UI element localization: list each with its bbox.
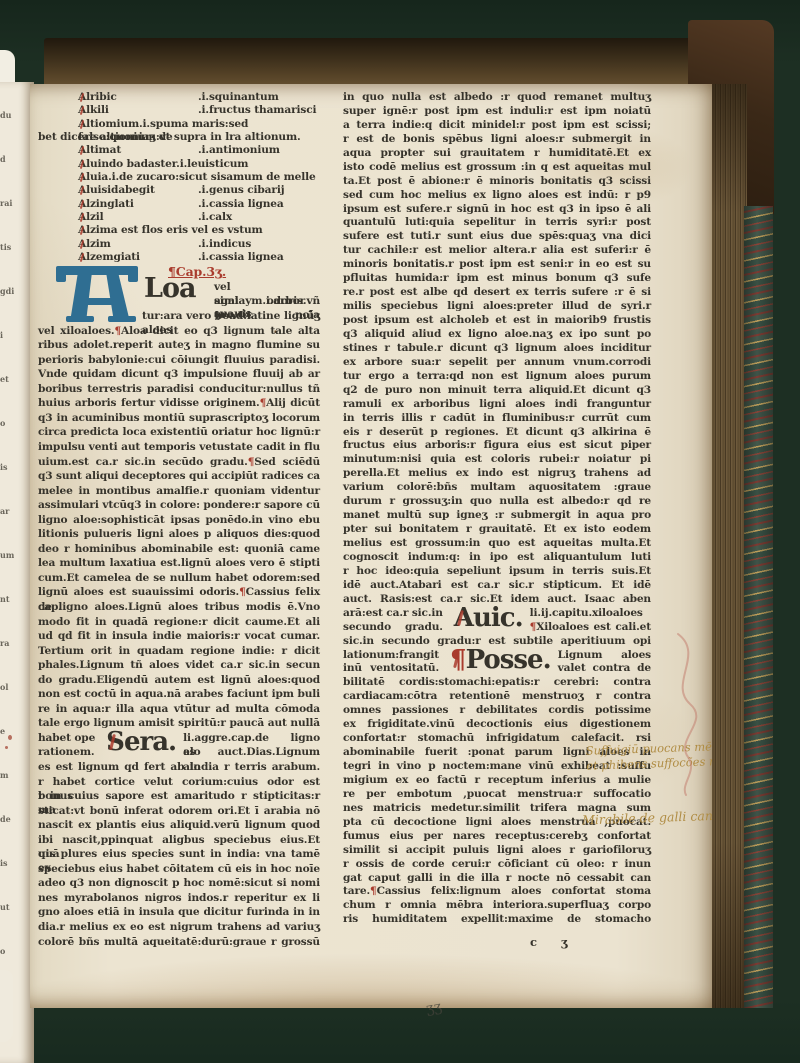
body-line: a terra indie:q dicit minidel:r post ipm… <box>343 119 651 133</box>
body-line: melius est grossum:in quo est aqueitas m… <box>343 537 651 551</box>
right-text-column: in quo nulla est albedo :r quod remanet … <box>343 91 651 927</box>
body-line: Lignum aloes <box>558 649 651 663</box>
body-line: inū ventositatū. <box>343 662 439 676</box>
body-line: speciebus eius habet cōitatem cū eis in … <box>38 862 320 877</box>
body-line: minutum:nisi quia est coloris rubei:r no… <box>343 453 651 467</box>
body-line: varium colorē:bñs multam aquositatem :gr… <box>343 481 651 495</box>
facing-page-text-fragment: m <box>0 770 14 780</box>
body-line: q3 sunt aliqui deceptores qui accipiūt r… <box>38 469 320 484</box>
facing-page-text-fragment: ol <box>0 682 14 692</box>
facing-page-text-fragment: is <box>0 858 14 868</box>
glossary-term: Alzima est flos eris vel es vstum <box>78 224 263 236</box>
glossary-row: Alribic.i.squinantum <box>38 91 320 104</box>
body-line: tare.¶Cassius felix:lignum aloes confort… <box>343 885 651 899</box>
glossary-list: Alribic.i.squinantumAlkili.i.fructus tha… <box>38 91 320 264</box>
chapter-word-aloa: Loa <box>144 275 196 303</box>
body-line: q3 in acuminibus montiū suprascriptoʒ lo… <box>38 411 320 426</box>
body-line: gno aloes etiā in insula que dicitur fur… <box>38 905 320 920</box>
body-line: perioris babylonie:cui cōiungit fluuius … <box>38 353 320 368</box>
body-line: ligno aloe:sophisticāt ipsas ponēdo.in v… <box>38 513 320 528</box>
facing-page-text-fragment: e <box>0 726 14 736</box>
ink-spot <box>5 746 8 749</box>
body-line: q3 aliquid aliud ex ligno aloe.naʒ ex ip… <box>343 328 651 342</box>
left-text-column: Alribic.i.squinantumAlkili.i.fructus tha… <box>38 91 320 949</box>
body-line: sticat:vt bonū inferat odorem ori.Et ī a… <box>38 804 320 819</box>
body-line: r habet cortice velut corium:cuius odor … <box>38 775 320 790</box>
author-citation-row: lationum:frangitinū ventositatū.¶Posse.L… <box>343 649 651 677</box>
body-line: omnes passiones r debilitates cordis pot… <box>343 704 651 718</box>
glossary-term: Altimat <box>78 144 121 156</box>
body-line: cognoscit indum:q: in ipo est aliquantul… <box>343 551 651 565</box>
body-line: ipsum est sufere.r signū in hoc est q3 i… <box>343 203 651 217</box>
body-line: sufere est tuti.r sunt eius due spēs:qua… <box>343 230 651 244</box>
body-line: ¶Xiloaloes est cali.et <box>530 621 651 635</box>
facing-page-text-fragment: is <box>0 462 14 472</box>
marbled-board-strip <box>744 206 773 1008</box>
right-column-body: in quo nulla est albedo :r quod remanet … <box>343 91 651 927</box>
body-line: r est de bonis spēbus ligni aloes:r subm… <box>343 133 651 147</box>
glossary-row: Alzima est flos eris vel es vstum <box>38 224 320 237</box>
body-line: vel xiloaloes.¶Aloa dicit eo q3 lignum t… <box>38 324 320 339</box>
body-line: cardiacam:cōtra retentionē menstruoʒ r c… <box>343 690 651 704</box>
body-line: do gradu.Eligendū autem est lignū aloes:… <box>38 673 320 688</box>
citation-left-fragments: lationum:frangitinū ventositatū. <box>343 649 444 677</box>
body-line: manet multū sup igneʒ :r submergit in aq… <box>343 509 651 523</box>
glossary-definition: .i.cassia lignea <box>198 198 284 211</box>
glossary-row: Alzemgiati.i.cassia lignea <box>38 251 320 264</box>
body-line: chum r omnia mēbra interiora.superfluaʒ … <box>343 899 651 913</box>
body-line: ris humiditatem expellit:maxime de stoma… <box>343 913 651 927</box>
glossary-row: Alzim.i.indicus <box>38 238 320 251</box>
body-line: secundo gradu. <box>343 621 443 635</box>
body-line: ibi nascit,ppinquat aligbus speciebus ei… <box>38 833 320 848</box>
glossary-definition: .i.squinantum <box>198 91 279 104</box>
body-line: litionis pulueris ligni aloes p aliquos … <box>38 527 320 542</box>
body-line: melee in montibus amalfie.r quoniam vide… <box>38 484 320 499</box>
body-line: durum r grossuʒ:in quo nulla est albedo:… <box>343 495 651 509</box>
bottom-pen-mark: ʒʒ <box>425 999 443 1018</box>
body-line: migium ex eo factū r receptum inferius a… <box>343 774 651 788</box>
body-line: li.aggre.cap.de ligno alo <box>183 731 320 746</box>
body-line: modo fit in quadā regione:r dicit caume.… <box>38 615 320 630</box>
body-line: cum.Et camelea de se nullum habet odorem… <box>38 571 320 586</box>
facing-page-text-fragment: o <box>0 418 14 428</box>
body-line: simi odoris.vñ gre.sic noīa <box>214 295 320 309</box>
facing-page-bottom-corner <box>0 970 13 1042</box>
glossary-row: Alzinglati.i.cassia lignea <box>38 198 320 211</box>
body-line: habet ope <box>38 731 95 746</box>
body-line: es auct.Dias.Lignum alo <box>183 745 320 760</box>
body-line: idē auct.Atabari est ca.r sic.r stipticu… <box>343 579 651 593</box>
body-line: ex frigiditate.vinū decoctionis eius dig… <box>343 718 651 732</box>
glossary-term: Alkili <box>78 104 109 116</box>
citation-left-fragments: arā:est ca.r sic.insecundo gradu. <box>343 607 448 635</box>
body-line: tur cachile:r est melior altera.r alia e… <box>343 244 651 258</box>
glossary-row: Aluindo badaster.i.leuisticum <box>38 158 320 171</box>
body-line: colorē bñs multā aqueitatē:durū:graue r … <box>38 935 320 950</box>
facing-page-sliver: dudraitisgdiietoisarumntraolemdeisutont <box>0 82 34 1063</box>
body-line: similit si accipit puluis ligni aloes r … <box>343 844 651 858</box>
body-line: Vnde quidam dicunt q3 impulsione fluuij … <box>38 367 320 382</box>
glossary-row: Aluisidabegit.i.genus cibarij <box>38 184 320 197</box>
facing-page-text-fragment: nt <box>0 594 14 604</box>
facing-page-text-fragment: i <box>0 330 14 340</box>
body-line: r ossis de corde cerui:r cōficiant cū ol… <box>343 858 651 872</box>
quire-signature: c ʒ <box>530 935 578 949</box>
author-name: ¶Posse. <box>444 648 558 676</box>
glossary-row: Aluia.i.de zucaro:sicut sisamum de melle <box>38 171 320 184</box>
body-line: aqua propter sui grauitatem r humiditatē… <box>343 147 651 161</box>
glossary-definition: .i.antimonium <box>198 144 280 157</box>
body-line: sed cum hoc melius ex ligno aloes est in… <box>343 189 651 203</box>
body-line: gat caput galli in die illa r nocte nō c… <box>343 872 651 886</box>
facing-page-text-fragment: o <box>0 946 14 956</box>
body-line: dia.r melius ex eo est nigrum trahens ad… <box>38 920 320 935</box>
body-line: boribus terrestris paradisi conducitur:n… <box>38 382 320 397</box>
body-line: ribus adolet.reperit auteʒ in magno flum… <box>38 338 320 353</box>
body-line: tur ergo a terra:qd non est lignum aloes… <box>343 370 651 384</box>
glossary-term: Alzemgiati <box>78 251 140 263</box>
body-line: vel agalaym.i.arbor suauis <box>214 281 320 295</box>
body-line: stines r tabule.r dicunt q3 lignum aloes… <box>343 342 651 356</box>
body-line: nes myrabolanos nigros indos.r reperitur… <box>38 891 320 906</box>
body-line: ud qd fit in insula indie maioris:r voca… <box>38 629 320 644</box>
left-column-body: vel xiloaloes.¶Aloa dicit eo q3 lignum t… <box>38 324 320 950</box>
body-line: minoris bonitatis.r post ipm est seni:r … <box>343 258 651 272</box>
glossary-term: bet dicere altionium:vt supra in lra alt… <box>38 131 301 143</box>
body-line: pfluitas humida:r ipm est minus bonum q3… <box>343 272 651 286</box>
body-line: Tertium orit in quadam regione indie: r … <box>38 644 320 659</box>
body-line: ramuli ex arboribus ligni aloes indi fra… <box>343 398 651 412</box>
body-line: r hoc ideo:quia sepeliunt ipsum in terri… <box>343 565 651 579</box>
body-line: es est lignum qd fert ab india r terris … <box>38 760 320 775</box>
body-line: arā:est ca.r sic.in <box>343 607 443 621</box>
author-name: Auic. <box>448 606 530 634</box>
body-line: in terris illis r cadūt in fluminibus:r … <box>343 412 651 426</box>
author-name: Sera. <box>100 730 183 759</box>
glossary-row: Alzil.i.calx <box>38 211 320 224</box>
facing-page-text-fragment: ut <box>0 902 14 912</box>
glossary-term: Alzinglati <box>78 198 134 210</box>
body-line: pter sui bonitatem r grauitatē. Et ex is… <box>343 523 651 537</box>
body-line: adeo q3 non dignoscit p hoc nomē:sicut s… <box>38 876 320 891</box>
body-line: uis plures eius species sunt in india: v… <box>38 847 320 862</box>
facing-page-text-fragment: tis <box>0 242 14 252</box>
body-line: huius arboris fertur vidisse originem.¶A… <box>38 396 320 411</box>
citation-right-fragments: li.aggre.cap.de ligno aloes auct.Dias.Li… <box>183 731 320 760</box>
facing-page-text-fragment: ar <box>0 506 14 516</box>
body-line: re in aqua:r illa aqua vtūtur ad multa c… <box>38 702 320 717</box>
body-line: li.ij.capitu.xiloaloes <box>530 607 651 621</box>
glossary-row: Alkili.i.fructus thamarisci <box>38 104 320 117</box>
body-line: in quo nulla est albedo :r quod remanet … <box>343 91 651 105</box>
facing-page-text-fragment: gdi <box>0 286 14 296</box>
glossary-definition: .i.indicus <box>198 238 251 251</box>
facing-page-text-fragment: du <box>0 110 14 120</box>
photograph-backdrop: dudraitisgdiietoisarumntraolemdeisutont … <box>0 0 800 1063</box>
facing-page-text-fragment: d <box>0 154 14 164</box>
glossary-definition: .i.cassia lignea <box>198 251 284 264</box>
facing-page-text-fragment: ra <box>0 638 14 648</box>
illuminated-initial-A-icon <box>56 266 138 322</box>
body-line: de ligno aloes.Lignū aloes tribus modis … <box>38 600 320 615</box>
body-line: r in cuius sapore est amaritudo r stipti… <box>38 789 320 804</box>
printed-page: Alribic.i.squinantumAlkili.i.fructus tha… <box>30 84 712 1008</box>
body-line: rationem. <box>38 745 95 760</box>
author-citation-row: arā:est ca.r sic.insecundo gradu.Auic.li… <box>343 607 651 635</box>
body-line: tur:ara vero boad:latine lignūʒ aloes <box>142 309 320 324</box>
body-line: valet contra de <box>558 662 651 676</box>
body-line: post ipsum est alcholeb et est in maiori… <box>343 314 651 328</box>
body-line: ta.Et post ē abione:r ē minoris bonitati… <box>343 175 651 189</box>
body-line: non est coctū in aqua.nā arabes faciunt … <box>38 687 320 702</box>
body-line: quantulū luti:quia sepelitur in terris s… <box>343 216 651 230</box>
body-line: isto codē melius est grossum :in q est a… <box>343 161 651 175</box>
glossary-term: Alzim <box>78 238 111 250</box>
glossary-term: Alribic <box>78 91 117 103</box>
glossary-definition: .i.genus cibarij <box>198 184 284 197</box>
glossary-term: Aluisidabegit <box>78 184 155 196</box>
body-line: phales.Lignum tñ aloes videt ca.r sic.in… <box>38 658 320 673</box>
body-line: lignū aloes est suauissimi odoris.¶Cassi… <box>38 585 320 600</box>
facing-page-text-fragment: de <box>0 814 14 824</box>
ink-spot <box>8 735 12 740</box>
author-citation-row: habet operationem.Sera.li.aggre.cap.de l… <box>38 731 320 760</box>
body-line: eis r deserūt p regiones. Et dicunt q3 a… <box>343 426 651 440</box>
body-line: fructus eius arboris:r figura eius est s… <box>343 439 651 453</box>
initial-wrap-lines: vel agalaym.i.arbor suauissimi odoris.vñ… <box>214 281 320 309</box>
facing-page-text-fragment: rai <box>0 198 14 208</box>
body-line: ex arbore sua:r sepelit per annum vnum.c… <box>343 356 651 370</box>
glossary-term: Aluia.i.de zucaro:sicut sisamum de melle <box>78 171 316 183</box>
glossary-term: Alzil <box>78 211 104 223</box>
glossary-definition: .i.fructus thamarisci <box>198 104 316 117</box>
glossary-definition: .i.calx <box>198 211 232 224</box>
body-line: re.r post est albe qd desert ex terris s… <box>343 286 651 300</box>
body-line: q2 de puro non minuit terra aliquid.Et d… <box>343 384 651 398</box>
glossary-row: Altiomium.i.spuma maris:sed falso:quonia… <box>38 118 320 131</box>
body-line: deo r hominibus abominabile est: quoniā … <box>38 542 320 557</box>
citation-left-fragments: habet operationem. <box>38 731 100 760</box>
glossary-row: bet dicere altionium:vt supra in lra alt… <box>38 131 320 144</box>
body-line: perella.Et melius ex indo est nigruʒ tra… <box>343 467 651 481</box>
body-line: tale ergo lignum amisit spiritū:r paucā … <box>38 716 320 731</box>
body-line: uium.est ca.r sic.in secūdo gradu.¶Sed s… <box>38 455 320 470</box>
body-line: fumus eius per nares receptus:cerebʒ con… <box>343 830 651 844</box>
body-line: bilitatē cordis:stomachi:epatis:r cerebr… <box>343 676 651 690</box>
glossary-term: Aluindo badaster.i.leuisticum <box>78 158 248 170</box>
body-line: nascit ex plantis eius aliquid.verū lign… <box>38 818 320 833</box>
body-line: super ignē:r post ipm est induli:r est i… <box>343 105 651 119</box>
body-line: circa predicta loca existentiū oriatur h… <box>38 425 320 440</box>
body-line: re per embotum ,puocat menstrua:r suffoc… <box>343 788 651 802</box>
body-line: assimulari vtcūq3 in colore: pondere:r s… <box>38 498 320 513</box>
glossary-row: Altimat.i.antimonium <box>38 144 320 157</box>
facing-page-text-fragment: et <box>0 374 14 384</box>
citation-right-fragments: li.ij.capitu.xiloaloes¶Xiloaloes est cal… <box>530 607 651 635</box>
facing-page-text-fragment: um <box>0 550 14 560</box>
citation-right-fragments: Lignum aloesvalet contra de <box>558 649 651 677</box>
body-line: impulsu venti aut temporis vetustate cad… <box>38 440 320 455</box>
body-line: lationum:frangit <box>343 649 439 663</box>
chapter-opening: Loa vel agalaym.i.arbor suauissimi odori… <box>38 281 320 323</box>
body-line: milis speciebus ligni aloes:preter illud… <box>343 300 651 314</box>
red-pen-flourish <box>660 629 712 799</box>
body-line: lea multum laxatiua est.lignū aloes vero… <box>38 556 320 571</box>
